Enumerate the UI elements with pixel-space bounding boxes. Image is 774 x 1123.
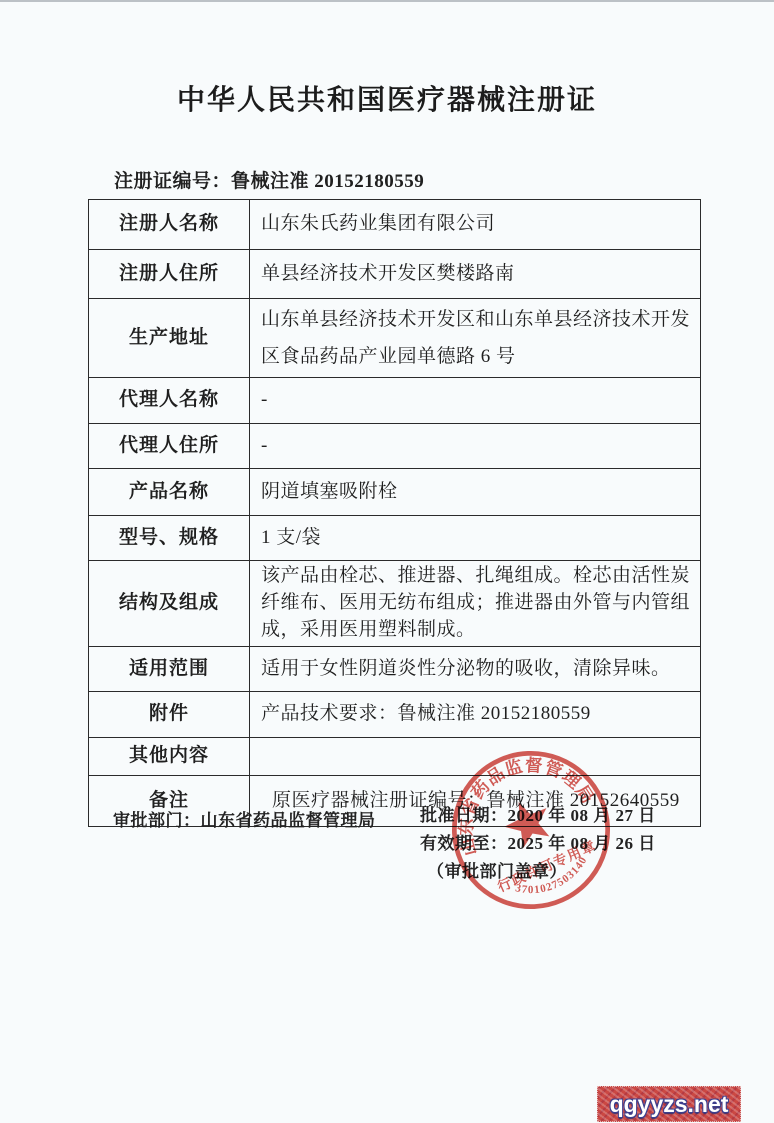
row-value: 单县经济技术开发区樊楼路南: [250, 250, 701, 299]
row-value: 适用于女性阴道炎性分泌物的吸收，清除异味。: [250, 647, 701, 692]
row-label: 型号、规格: [89, 516, 250, 561]
row-label: 代理人名称: [89, 378, 250, 424]
table-row: 产品名称 阴道填塞吸附栓: [89, 469, 701, 516]
table-row: 代理人住所 -: [89, 424, 701, 469]
table-row: 型号、规格 1 支/袋: [89, 516, 701, 561]
row-label: 代理人住所: [89, 424, 250, 469]
row-label: 附件: [89, 692, 250, 738]
approval-dates-block: 批准日期：2020 年 08 月 27 日 有效期至：2025 年 08 月 2…: [420, 804, 656, 888]
approval-date-text: 批准日期：2020 年 08 月 27 日: [420, 804, 656, 832]
row-value: 1 支/袋: [250, 516, 701, 561]
page-title: 中华人民共和国医疗器械注册证: [0, 78, 774, 118]
validity-date-text: 有效期至：2025 年 08 月 26 日: [420, 832, 656, 860]
row-label: 产品名称: [89, 469, 250, 516]
row-value: -: [250, 424, 701, 469]
table-row: 附件 产品技术要求：鲁械注准 20152180559: [89, 692, 701, 738]
certificate-page: 中华人民共和国医疗器械注册证 注册证编号：鲁械注准 20152180559 注册…: [0, 0, 774, 1123]
watermark-badge: qgyyzs.net: [597, 1086, 741, 1122]
watermark-text: qgyyzs.net: [610, 1091, 729, 1118]
row-label: 生产地址: [89, 299, 250, 378]
registration-number-line: 注册证编号：鲁械注准 20152180559: [114, 166, 424, 193]
seal-note-text: （审批部门盖章）: [420, 860, 656, 888]
table-row: 生产地址 山东单县经济技术开发区和山东单县经济技术开发区食品药品产业园单德路 6…: [89, 299, 701, 378]
row-label: 适用范围: [89, 647, 250, 692]
table-row: 注册人住所 单县经济技术开发区樊楼路南: [89, 250, 701, 299]
row-value: 山东朱氏药业集团有限公司: [250, 200, 701, 250]
table-row: 其他内容: [89, 738, 701, 776]
row-value: 产品技术要求：鲁械注准 20152180559: [250, 692, 701, 738]
table-row: 适用范围 适用于女性阴道炎性分泌物的吸收，清除异味。: [89, 647, 701, 692]
certificate-table: 注册人名称 山东朱氏药业集团有限公司 注册人住所 单县经济技术开发区樊楼路南 生…: [88, 199, 701, 827]
row-value: 山东单县经济技术开发区和山东单县经济技术开发区食品药品产业园单德路 6 号: [250, 299, 701, 378]
table-row: 结构及组成 该产品由栓芯、推进器、扎绳组成。栓芯由活性炭纤维布、医用无纺布组成；…: [89, 561, 701, 647]
approval-department-text: 审批部门：山东省药品监督管理局: [113, 806, 376, 831]
table-row: 注册人名称 山东朱氏药业集团有限公司: [89, 200, 701, 250]
row-value: 该产品由栓芯、推进器、扎绳组成。栓芯由活性炭纤维布、医用无纺布组成；推进器由外管…: [250, 561, 701, 647]
table-row: 代理人名称 -: [89, 378, 701, 424]
row-value: 阴道填塞吸附栓: [250, 469, 701, 516]
row-label: 结构及组成: [89, 561, 250, 647]
row-value: [250, 738, 701, 776]
row-label: 注册人住所: [89, 250, 250, 299]
row-value: -: [250, 378, 701, 424]
row-label: 注册人名称: [89, 200, 250, 250]
row-label: 其他内容: [89, 738, 250, 776]
